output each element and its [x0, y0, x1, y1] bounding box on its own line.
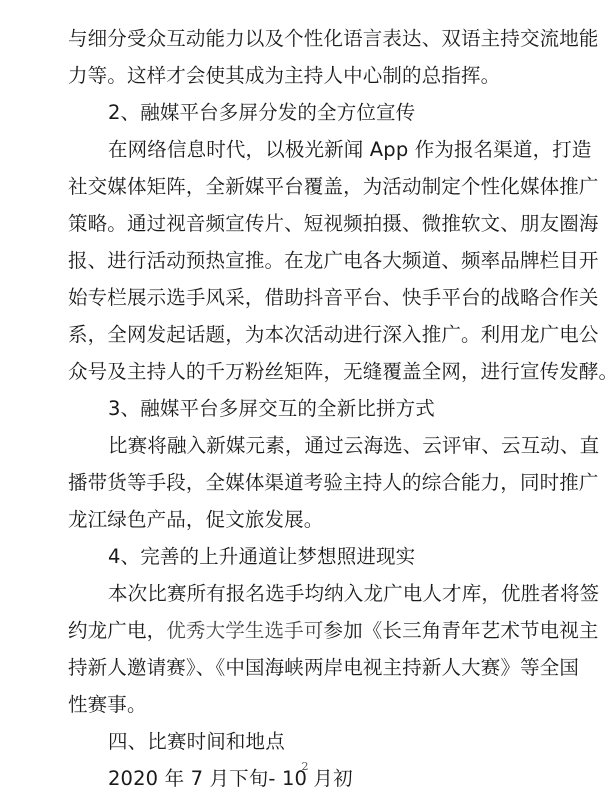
section-heading-four: 四、比赛时间和地点 — [68, 723, 542, 760]
page-number: 2 — [0, 760, 610, 773]
paragraph-line: 与细分受众互动能力以及个性化语言表达、双语主持交流地能 — [68, 20, 542, 57]
text-segment-alt-font: 优秀大学生选手可 — [166, 619, 323, 642]
text-segment: 约龙广电， — [68, 619, 166, 642]
paragraph-line: 报、进行活动预热宣推。在龙广电各大频道、频率品牌栏目开 — [68, 242, 542, 279]
section-heading-4: 4、完善的上升通道让梦想照进现实 — [68, 538, 542, 575]
paragraph-line: 系，全网发起话题，为本次活动进行深入推广。利用龙广电公 — [68, 316, 542, 353]
text-segment: 参加《长三角青年艺术节电视主 — [323, 619, 598, 642]
document-page: 与细分受众互动能力以及个性化语言表达、双语主持交流地能 力等。这样才会使其成为主… — [0, 0, 610, 805]
paragraph-line: 策略。通过视音频宣传片、短视频拍摄、微推软文、朋友圈海 — [68, 205, 542, 242]
paragraph-line: 众号及主持人的千万粉丝矩阵，无缝覆盖全网，进行宣传发酵。 — [68, 353, 542, 390]
paragraph-line: 龙江绿色产品，促文旅发展。 — [68, 501, 542, 538]
paragraph-line: 持新人邀请赛》、《中国海峡两岸电视主持新人大赛》等全国 — [68, 649, 542, 686]
paragraph-line: 社交媒体矩阵，全新媒平台覆盖，为活动制定个性化媒体推广 — [68, 168, 542, 205]
document-body: 与细分受众互动能力以及个性化语言表达、双语主持交流地能 力等。这样才会使其成为主… — [68, 20, 542, 797]
paragraph-line: 始专栏展示选手风采，借助抖音平台、快手平台的战略合作关 — [68, 279, 542, 316]
section-heading-2: 2、融媒平台多屏分发的全方位宣传 — [68, 94, 542, 131]
paragraph-line: 性赛事。 — [68, 686, 542, 723]
paragraph-line: 播带货等手段，全媒体渠道考验主持人的综合能力，同时推广 — [68, 464, 542, 501]
paragraph-line: 在网络信息时代，以极光新闻 App 作为报名渠道，打造 — [68, 131, 542, 168]
paragraph-line: 比赛将融入新媒元素，通过云海选、云评审、云互动、直 — [68, 427, 542, 464]
paragraph-line: 力等。这样才会使其成为主持人中心制的总指挥。 — [68, 57, 542, 94]
section-heading-3: 3、融媒平台多屏交互的全新比拼方式 — [68, 390, 542, 427]
paragraph-line-mixed: 约龙广电，优秀大学生选手可参加《长三角青年艺术节电视主 — [68, 612, 542, 649]
paragraph-line: 本次比赛所有报名选手均纳入龙广电人才库，优胜者将签 — [68, 575, 542, 612]
